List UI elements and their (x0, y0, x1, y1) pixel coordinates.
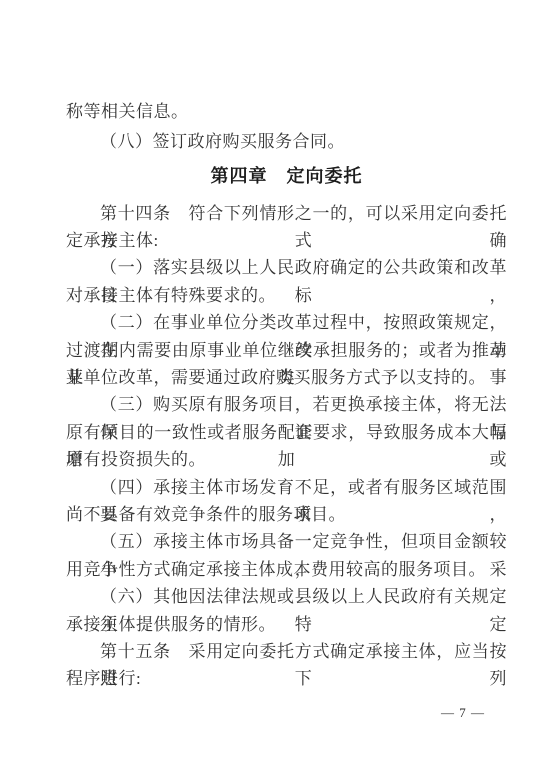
chapter-heading: 第四章 定向委托 (66, 163, 507, 190)
text-line: （五）承接主体市场具备一定竞争性，但项目金额较小，采 (66, 528, 507, 555)
page-number: — 7 — (441, 706, 485, 720)
text-line: 第十五条 采用定向委托方式确定承接主体，应当按照下列 (66, 638, 507, 665)
text-line: 业单位改革，需要通过政府购买服务方式予以支持的。 (66, 364, 507, 391)
text-line: 称等相关信息。 (66, 98, 507, 125)
text-line: （六）其他因法律法规或县级以上人民政府有关规定须特定 (66, 583, 507, 610)
text-line: 第十四条 符合下列情形之一的，可以采用定向委托方式确 (66, 200, 507, 227)
text-line: （三）购买原有服务项目，若更换承接主体，将无法保证与 (66, 391, 507, 418)
document-body: 称等相关信息。 （八）签订政府购买服务合同。 第四章 定向委托 第十四条 符合下… (66, 98, 507, 693)
document-page: 称等相关信息。 （八）签订政府购买服务合同。 第四章 定向委托 第十四条 符合下… (0, 0, 554, 782)
text-line: 原有项目的一致性或者服务配套要求，导致服务成本大幅增加或 (66, 419, 507, 446)
text-line: （二）在事业单位分类改革过程中，按照政策规定，在改革 (66, 309, 507, 336)
text-line: （四）承接主体市场发育不足，或者有服务区域范围要求， (66, 474, 507, 501)
text-line: 用竞争性方式确定承接主体成本费用较高的服务项目。 (66, 556, 507, 583)
text-line: （一）落实县级以上人民政府确定的公共政策和改革目标， (66, 254, 507, 281)
text-line: （八）签订政府购买服务合同。 (66, 128, 507, 155)
text-line: 过渡期内需要由原事业单位继续承担服务的；或者为推动某类事 (66, 337, 507, 364)
